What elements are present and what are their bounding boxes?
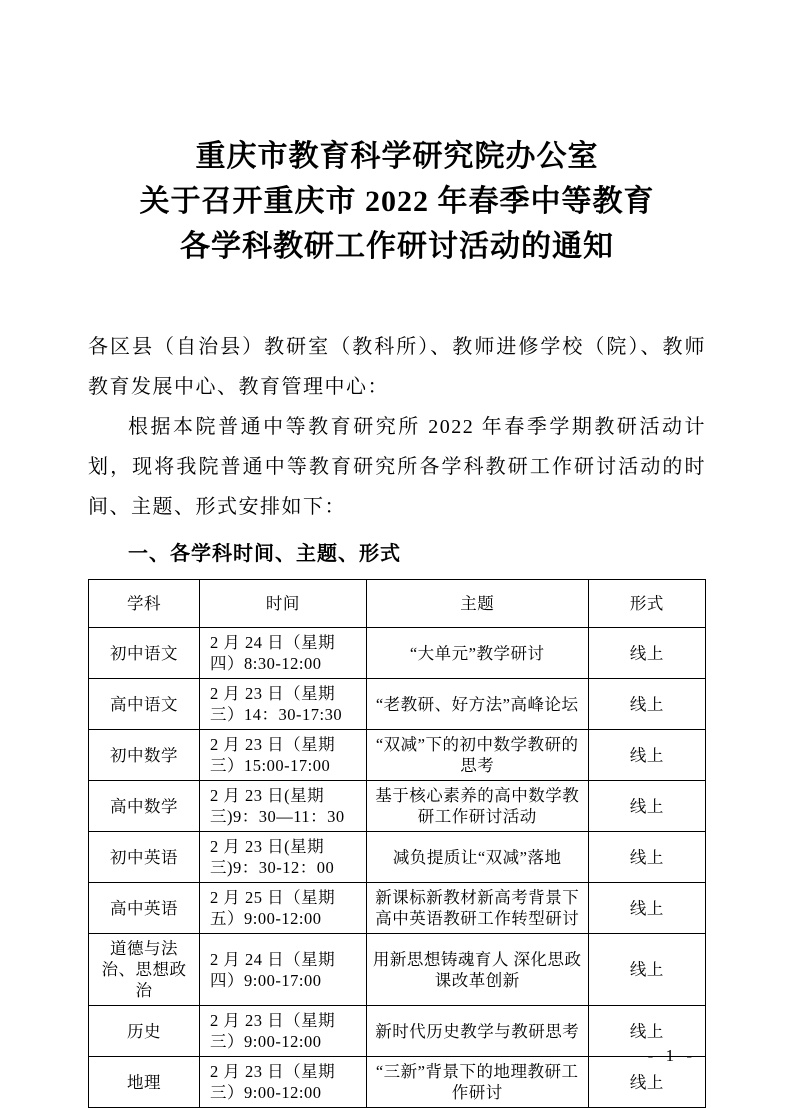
table-header-topic: 主题: [366, 580, 588, 628]
cell-format: 线上: [588, 628, 705, 679]
cell-topic: “老教研、好方法”高峰论坛: [366, 679, 588, 730]
table-header-time: 时间: [200, 580, 367, 628]
table-row: 高中英语 2 月 25 日（星期五）9:00-12:00 新课标新教材新高考背景…: [89, 883, 706, 934]
cell-time: 2 月 23 日(星期三)9：30-12：00: [200, 832, 367, 883]
table-row: 初中英语 2 月 23 日(星期三)9：30-12：00 减负提质让“双减”落地…: [89, 832, 706, 883]
cell-subject: 初中语文: [89, 628, 200, 679]
cell-subject: 初中数学: [89, 730, 200, 781]
cell-subject: 道德与法治、思想政治: [89, 934, 200, 1006]
cell-topic: 新课标新教材新高考背景下高中英语教研工作转型研讨: [366, 883, 588, 934]
page-number: - 1 -: [648, 1046, 696, 1066]
cell-topic: “大单元”教学研讨: [366, 628, 588, 679]
document-title-line-2: 关于召开重庆市 2022 年春季中等教育: [88, 179, 706, 224]
cell-topic: 新时代历史教学与教研思考: [366, 1006, 588, 1057]
cell-topic: “双减”下的初中数学教研的思考: [366, 730, 588, 781]
cell-subject: 历史: [89, 1006, 200, 1057]
section-heading: 一、各学科时间、主题、形式: [88, 537, 706, 571]
cell-time: 2 月 25 日（星期五）9:00-12:00: [200, 883, 367, 934]
cell-subject: 高中语文: [89, 679, 200, 730]
document-title-line-1: 重庆市教育科学研究院办公室: [88, 134, 706, 179]
schedule-table: 学科 时间 主题 形式 初中语文 2 月 24 日（星期四）8:30-12:00…: [88, 579, 706, 1108]
cell-time: 2 月 23 日（星期三）9:00-12:00: [200, 1006, 367, 1057]
cell-subject: 初中英语: [89, 832, 200, 883]
cell-format: 线上: [588, 883, 705, 934]
cell-subject: 地理: [89, 1057, 200, 1108]
table-header-row: 学科 时间 主题 形式: [89, 580, 706, 628]
cell-topic: 减负提质让“双减”落地: [366, 832, 588, 883]
cell-format: 线上: [588, 934, 705, 1006]
cell-time: 2 月 23 日（星期三）9:00-12:00: [200, 1057, 367, 1108]
table-row: 初中语文 2 月 24 日（星期四）8:30-12:00 “大单元”教学研讨 线…: [89, 628, 706, 679]
document-page: 重庆市教育科学研究院办公室 关于召开重庆市 2022 年春季中等教育 各学科教研…: [0, 0, 794, 1108]
cell-time: 2 月 24 日（星期四）9:00-17:00: [200, 934, 367, 1006]
cell-topic: 用新思想铸魂育人 深化思政课改革创新: [366, 934, 588, 1006]
table-row: 高中语文 2 月 23 日（星期三）14：30-17:30 “老教研、好方法”高…: [89, 679, 706, 730]
table-header-subject: 学科: [89, 580, 200, 628]
document-title-line-3: 各学科教研工作研讨活动的通知: [88, 224, 706, 269]
table-row: 道德与法治、思想政治 2 月 24 日（星期四）9:00-17:00 用新思想铸…: [89, 934, 706, 1006]
table-header-format: 形式: [588, 580, 705, 628]
cell-time: 2 月 23 日（星期三）15:00-17:00: [200, 730, 367, 781]
cell-time: 2 月 23 日(星期三)9：30—11：30: [200, 781, 367, 832]
cell-format: 线上: [588, 730, 705, 781]
cell-subject: 高中英语: [89, 883, 200, 934]
document-content: 重庆市教育科学研究院办公室 关于召开重庆市 2022 年春季中等教育 各学科教研…: [88, 0, 706, 1108]
cell-time: 2 月 24 日（星期四）8:30-12:00: [200, 628, 367, 679]
cell-subject: 高中数学: [89, 781, 200, 832]
intro-paragraph: 根据本院普通中等教育研究所 2022 年春季学期教研活动计划，现将我院普通中等教…: [88, 407, 706, 527]
cell-topic: 基于核心素养的高中数学教研工作研讨活动: [366, 781, 588, 832]
cell-topic: “三新”背景下的地理教研工作研讨: [366, 1057, 588, 1108]
table-row: 初中数学 2 月 23 日（星期三）15:00-17:00 “双减”下的初中数学…: [89, 730, 706, 781]
cell-format: 线上: [588, 679, 705, 730]
document-body: 各区县（自治县）教研室（教科所）、教师进修学校（院）、教师教育发展中心、教育管理…: [88, 327, 706, 527]
salutation-paragraph: 各区县（自治县）教研室（教科所）、教师进修学校（院）、教师教育发展中心、教育管理…: [88, 327, 706, 407]
table-row: 地理 2 月 23 日（星期三）9:00-12:00 “三新”背景下的地理教研工…: [89, 1057, 706, 1108]
cell-format: 线上: [588, 781, 705, 832]
cell-format: 线上: [588, 832, 705, 883]
cell-time: 2 月 23 日（星期三）14：30-17:30: [200, 679, 367, 730]
table-row: 高中数学 2 月 23 日(星期三)9：30—11：30 基于核心素养的高中数学…: [89, 781, 706, 832]
document-title: 重庆市教育科学研究院办公室 关于召开重庆市 2022 年春季中等教育 各学科教研…: [88, 134, 706, 269]
table-row: 历史 2 月 23 日（星期三）9:00-12:00 新时代历史教学与教研思考 …: [89, 1006, 706, 1057]
